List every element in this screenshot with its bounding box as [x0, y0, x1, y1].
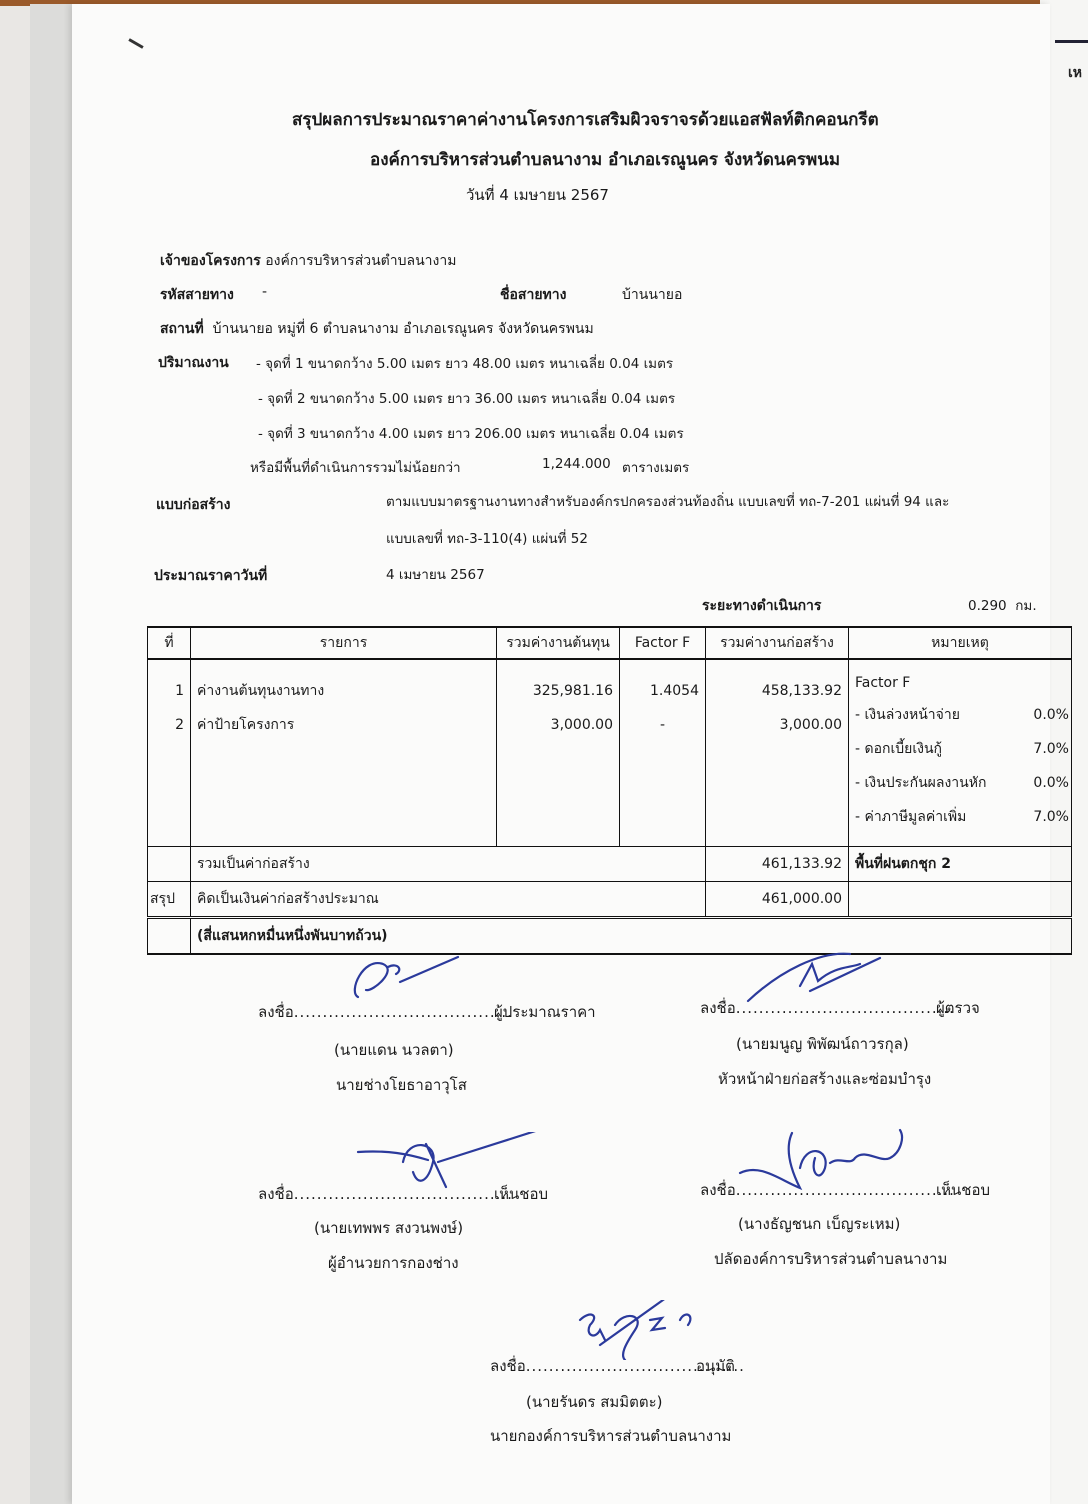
signer-role: ผู้ประมาณราคา — [494, 1000, 596, 1024]
table-body-row: 1 2 ค่างานต้นทุนงานทาง ค่าป้ายโครงการ 32… — [148, 659, 1072, 847]
signature-ink — [570, 1300, 730, 1360]
quantity-label: ปริมาณงาน — [158, 352, 229, 374]
document-date: วันที่ 4 เมษายน 2567 — [466, 183, 609, 207]
summary-label: สรุป — [148, 882, 191, 918]
quantity-point-1: - จุดที่ 1 ขนาดกว้าง 5.00 เมตร ยาว 48.00… — [256, 352, 673, 374]
col-item: ค่างานต้นทุนงานทาง ค่าป้ายโครงการ — [191, 659, 497, 847]
signer-position: นายช่างโยธาอาวุโส — [336, 1073, 467, 1097]
estimate-date-label: ประมาณราคาวันที่ — [154, 565, 267, 587]
amount-words-row: (สี่แสนหกหมื่นหนึ่งพันบาทถ้วน) — [148, 918, 1072, 955]
sign-label: ลงชื่อ — [700, 1181, 736, 1199]
signer-role: เห็นชอบ — [494, 1182, 548, 1206]
remark-value: 0.0% — [1033, 775, 1069, 791]
signer-name: (นางธัญชนก เบ็ญระเหม) — [738, 1212, 900, 1236]
design-line-2: แบบเลขที่ ทถ-3-110(4) แผ่นที่ 52 — [386, 527, 588, 549]
sign-label: ลงชื่อ — [700, 999, 736, 1017]
owner-label: เจ้าของโครงการ — [160, 253, 261, 269]
signer-position: ผู้อำนวยการกองช่าง — [328, 1251, 459, 1275]
header-item: รายการ — [191, 627, 497, 659]
route-name-label: ชื่อสายทาง — [500, 284, 566, 306]
remark-value: 7.0% — [1033, 741, 1069, 757]
col-cost: 325,981.16 3,000.00 — [497, 659, 620, 847]
row-1-cost: 325,981.16 — [503, 674, 613, 708]
header-total: รวมค่างานก่อสร้าง — [706, 627, 849, 659]
remark-item: - ดอกเบี้ยเงินกู้ 7.0% — [855, 732, 1069, 766]
row-2-item: ค่าป้ายโครงการ — [197, 708, 490, 742]
adjacent-page-rule — [1055, 40, 1088, 43]
area-value: 1,244.000 — [542, 456, 611, 472]
col-no: 1 2 — [148, 659, 191, 847]
row-2-total: 3,000.00 — [712, 708, 842, 742]
remark-label: - เงินล่วงหน้าจ่าย — [855, 704, 960, 726]
document-title: สรุปผลการประมาณราคาค่างานโครงการเสริมผิว… — [292, 106, 879, 133]
signer-name: (นายเทพพร สงวนพงษ์) — [314, 1216, 463, 1240]
sign-dots: ...................................... — [294, 1003, 513, 1021]
organization-line: องค์การบริหารส่วนตำบลนางาม อำเภอเรณูนคร … — [370, 146, 840, 173]
remark-item: - เงินล่วงหน้าจ่าย 0.0% — [855, 698, 1069, 732]
amount-in-words: (สี่แสนหกหมื่นหนึ่งพันบาทถ้วน) — [191, 918, 1072, 955]
sign-dots: ...................................... — [736, 1181, 955, 1199]
estimate-date-value: 4 เมษายน 2567 — [386, 563, 485, 585]
remark-value: 0.0% — [1033, 707, 1069, 723]
summary-row: สรุป คิดเป็นเงินค่าก่อสร้างประมาณ 461,00… — [148, 882, 1072, 918]
remark-item: - เงินประกันผลงานหัก 0.0% — [855, 766, 1069, 800]
rain-zone: พื้นที่ฝนตกชุก 2 — [849, 847, 1072, 882]
design-label: แบบก่อสร้าง — [156, 494, 230, 516]
subtotal-row: รวมเป็นค่าก่อสร้าง 461,133.92 พื้นที่ฝนต… — [148, 847, 1072, 882]
summary-text: คิดเป็นเงินค่าก่อสร้างประมาณ — [191, 882, 706, 918]
sign-label: ลงชื่อ — [490, 1357, 526, 1375]
row-1-no: 1 — [154, 674, 184, 708]
distance-value: 0.290 — [968, 598, 1007, 614]
route-code-value: - — [262, 284, 267, 300]
row-1-total: 458,133.92 — [712, 674, 842, 708]
subtotal-label: รวมเป็นค่าก่อสร้าง — [191, 847, 706, 882]
signer-role: ผู้ตรวจ — [936, 996, 980, 1020]
owner-value: องค์การบริหารส่วนตำบลนางาม — [265, 253, 456, 269]
header-factor: Factor F — [620, 627, 706, 659]
signer-position: ปลัดองค์การบริหารส่วนตำบลนางาม — [714, 1247, 947, 1271]
row-2-factor: - — [626, 708, 699, 742]
distance-label: ระยะทางดำเนินการ — [702, 595, 821, 617]
col-total: 458,133.92 3,000.00 — [706, 659, 849, 847]
row-1-item: ค่างานต้นทุนงานทาง — [197, 674, 490, 708]
summary-empty-cell — [849, 882, 1072, 918]
sign-line: ลงชื่อ..................................… — [700, 996, 955, 1020]
paper-mark — [128, 38, 143, 49]
table-header-row: ที่ รายการ รวมค่างานต้นทุน Factor F รวมค… — [148, 627, 1072, 659]
col-remark: Factor F - เงินล่วงหน้าจ่าย 0.0% - ดอกเบ… — [849, 659, 1072, 847]
remark-label: - ดอกเบี้ยเงินกู้ — [855, 738, 942, 760]
remark-title: Factor F — [855, 668, 1069, 698]
remark-value: 7.0% — [1033, 809, 1069, 825]
area-unit: ตารางเมตร — [622, 456, 689, 478]
header-no: ที่ — [148, 627, 191, 659]
area-label: หรือมีพื้นที่ดำเนินการรวมไม่น้อยกว่า — [250, 456, 461, 478]
location-value: บ้านนายอ หมู่ที่ 6 ตำบลนางาม อำเภอเรณูนค… — [213, 321, 594, 337]
design-line-1: ตามแบบมาตรฐานงานทางสำหรับองค์กรปกครองส่ว… — [386, 490, 949, 512]
remark-label: - ค่าภาษีมูลค่าเพิ่ม — [855, 806, 966, 828]
remark-label: - เงินประกันผลงานหัก — [855, 772, 986, 794]
row-1-factor: 1.4054 — [626, 674, 699, 708]
sign-dots: ...................................... — [294, 1185, 513, 1203]
owner-row: เจ้าของโครงการ องค์การบริหารส่วนตำบลนางา… — [160, 250, 456, 272]
subtotal-empty-cell — [148, 847, 191, 882]
signer-name: (นายรันดร สมมิตตะ) — [526, 1390, 663, 1414]
signer-role: อนุมัติ — [696, 1354, 735, 1378]
location-label: สถานที่ — [160, 321, 204, 337]
distance-unit: กม. — [1015, 598, 1036, 614]
sign-line: ลงชื่อ..................................… — [258, 1000, 513, 1024]
sign-label: ลงชื่อ — [258, 1003, 294, 1021]
signer-position: นายกองค์การบริหารส่วนตำบลนางาม — [490, 1424, 731, 1448]
row-2-cost: 3,000.00 — [503, 708, 613, 742]
quantity-point-3: - จุดที่ 3 ขนาดกว้าง 4.00 เมตร ยาว 206.0… — [258, 422, 684, 444]
route-name-value: บ้านนายอ — [622, 284, 682, 306]
sign-label: ลงชื่อ — [258, 1185, 294, 1203]
col-factor: 1.4054 - — [620, 659, 706, 847]
header-cost: รวมค่างานต้นทุน — [497, 627, 620, 659]
sign-line: ลงชื่อ..................................… — [700, 1178, 955, 1202]
signer-name: (นายมนูญ พิพัฒน์ถาวรกุล) — [736, 1032, 909, 1056]
row-2-no: 2 — [154, 708, 184, 742]
summary-value: 461,000.00 — [706, 882, 849, 918]
sign-dots: ...................................... — [736, 999, 955, 1017]
header-remark: หมายเหตุ — [849, 627, 1072, 659]
route-code-label: รหัสสายทาง — [160, 284, 234, 306]
signer-role: เห็นชอบ — [936, 1178, 990, 1202]
signer-position: หัวหน้าฝ่ายก่อสร้างและซ่อมบำรุง — [718, 1067, 931, 1091]
estimate-table: ที่ รายการ รวมค่างานต้นทุน Factor F รวมค… — [147, 626, 1072, 955]
signer-name: (นายแดน นวลตา) — [334, 1038, 454, 1062]
location-row: สถานที่ บ้านนายอ หมู่ที่ 6 ตำบลนางาม อำเ… — [160, 318, 594, 340]
sign-line: ลงชื่อ..................................… — [258, 1182, 513, 1206]
quantity-point-2: - จุดที่ 2 ขนาดกว้าง 5.00 เมตร ยาว 36.00… — [258, 387, 675, 409]
words-empty-cell — [148, 918, 191, 955]
distance-value-row: 0.290 กม. — [968, 594, 1037, 616]
adjacent-page-text: เห — [1068, 62, 1082, 84]
remark-item: - ค่าภาษีมูลค่าเพิ่ม 7.0% — [855, 800, 1069, 834]
subtotal-value: 461,133.92 — [706, 847, 849, 882]
